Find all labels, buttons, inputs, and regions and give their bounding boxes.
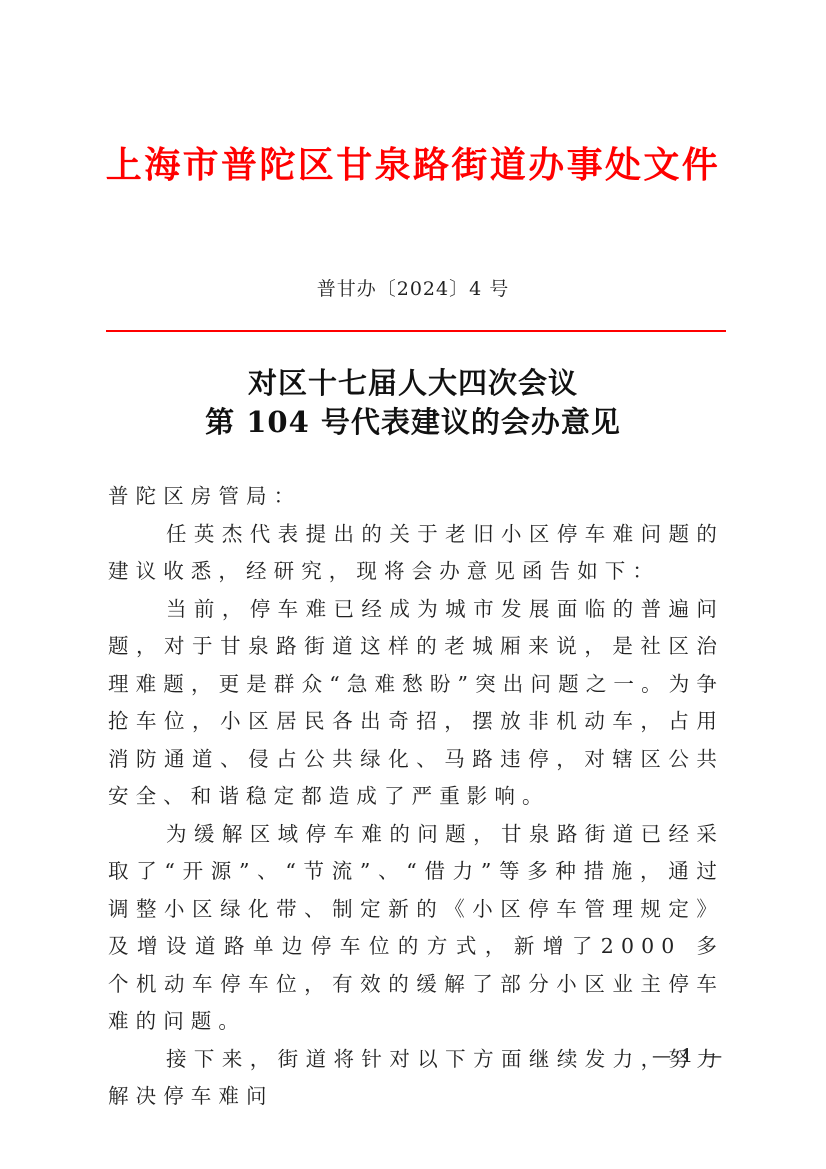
title-line-2: 第 104 号代表建议的会办意见 [0,403,826,442]
document-title: 对区十七届人大四次会议 第 104 号代表建议的会办意见 [0,364,826,442]
title-line-1: 对区十七届人大四次会议 [0,364,826,403]
document-body: 普陀区房管局： 任英杰代表提出的关于老旧小区停车难问题的建议收悉，经研究，现将会… [108,478,724,1116]
addressee: 普陀区房管局： [108,478,724,516]
paragraph-1: 任英杰代表提出的关于老旧小区停车难问题的建议收悉，经研究，现将会办意见函告如下： [108,516,724,591]
red-divider-line [106,330,726,332]
paragraph-3: 为缓解区域停车难的问题，甘泉路街道已经采取了“开源”、“节流”、“借力”等多种措… [108,816,724,1041]
document-number: 普甘办〔2024〕4 号 [0,276,826,302]
page-number: — 1 — [652,1045,724,1067]
paragraph-4: 接下来，街道将针对以下方面继续发力，努力解决停车难问 [108,1041,724,1116]
paragraph-2: 当前，停车难已经成为城市发展面临的普遍问题，对于甘泉路街道这样的老城厢来说，是社… [108,591,724,816]
issuing-authority-header: 上海市普陀区甘泉路街道办事处文件 [0,143,826,189]
